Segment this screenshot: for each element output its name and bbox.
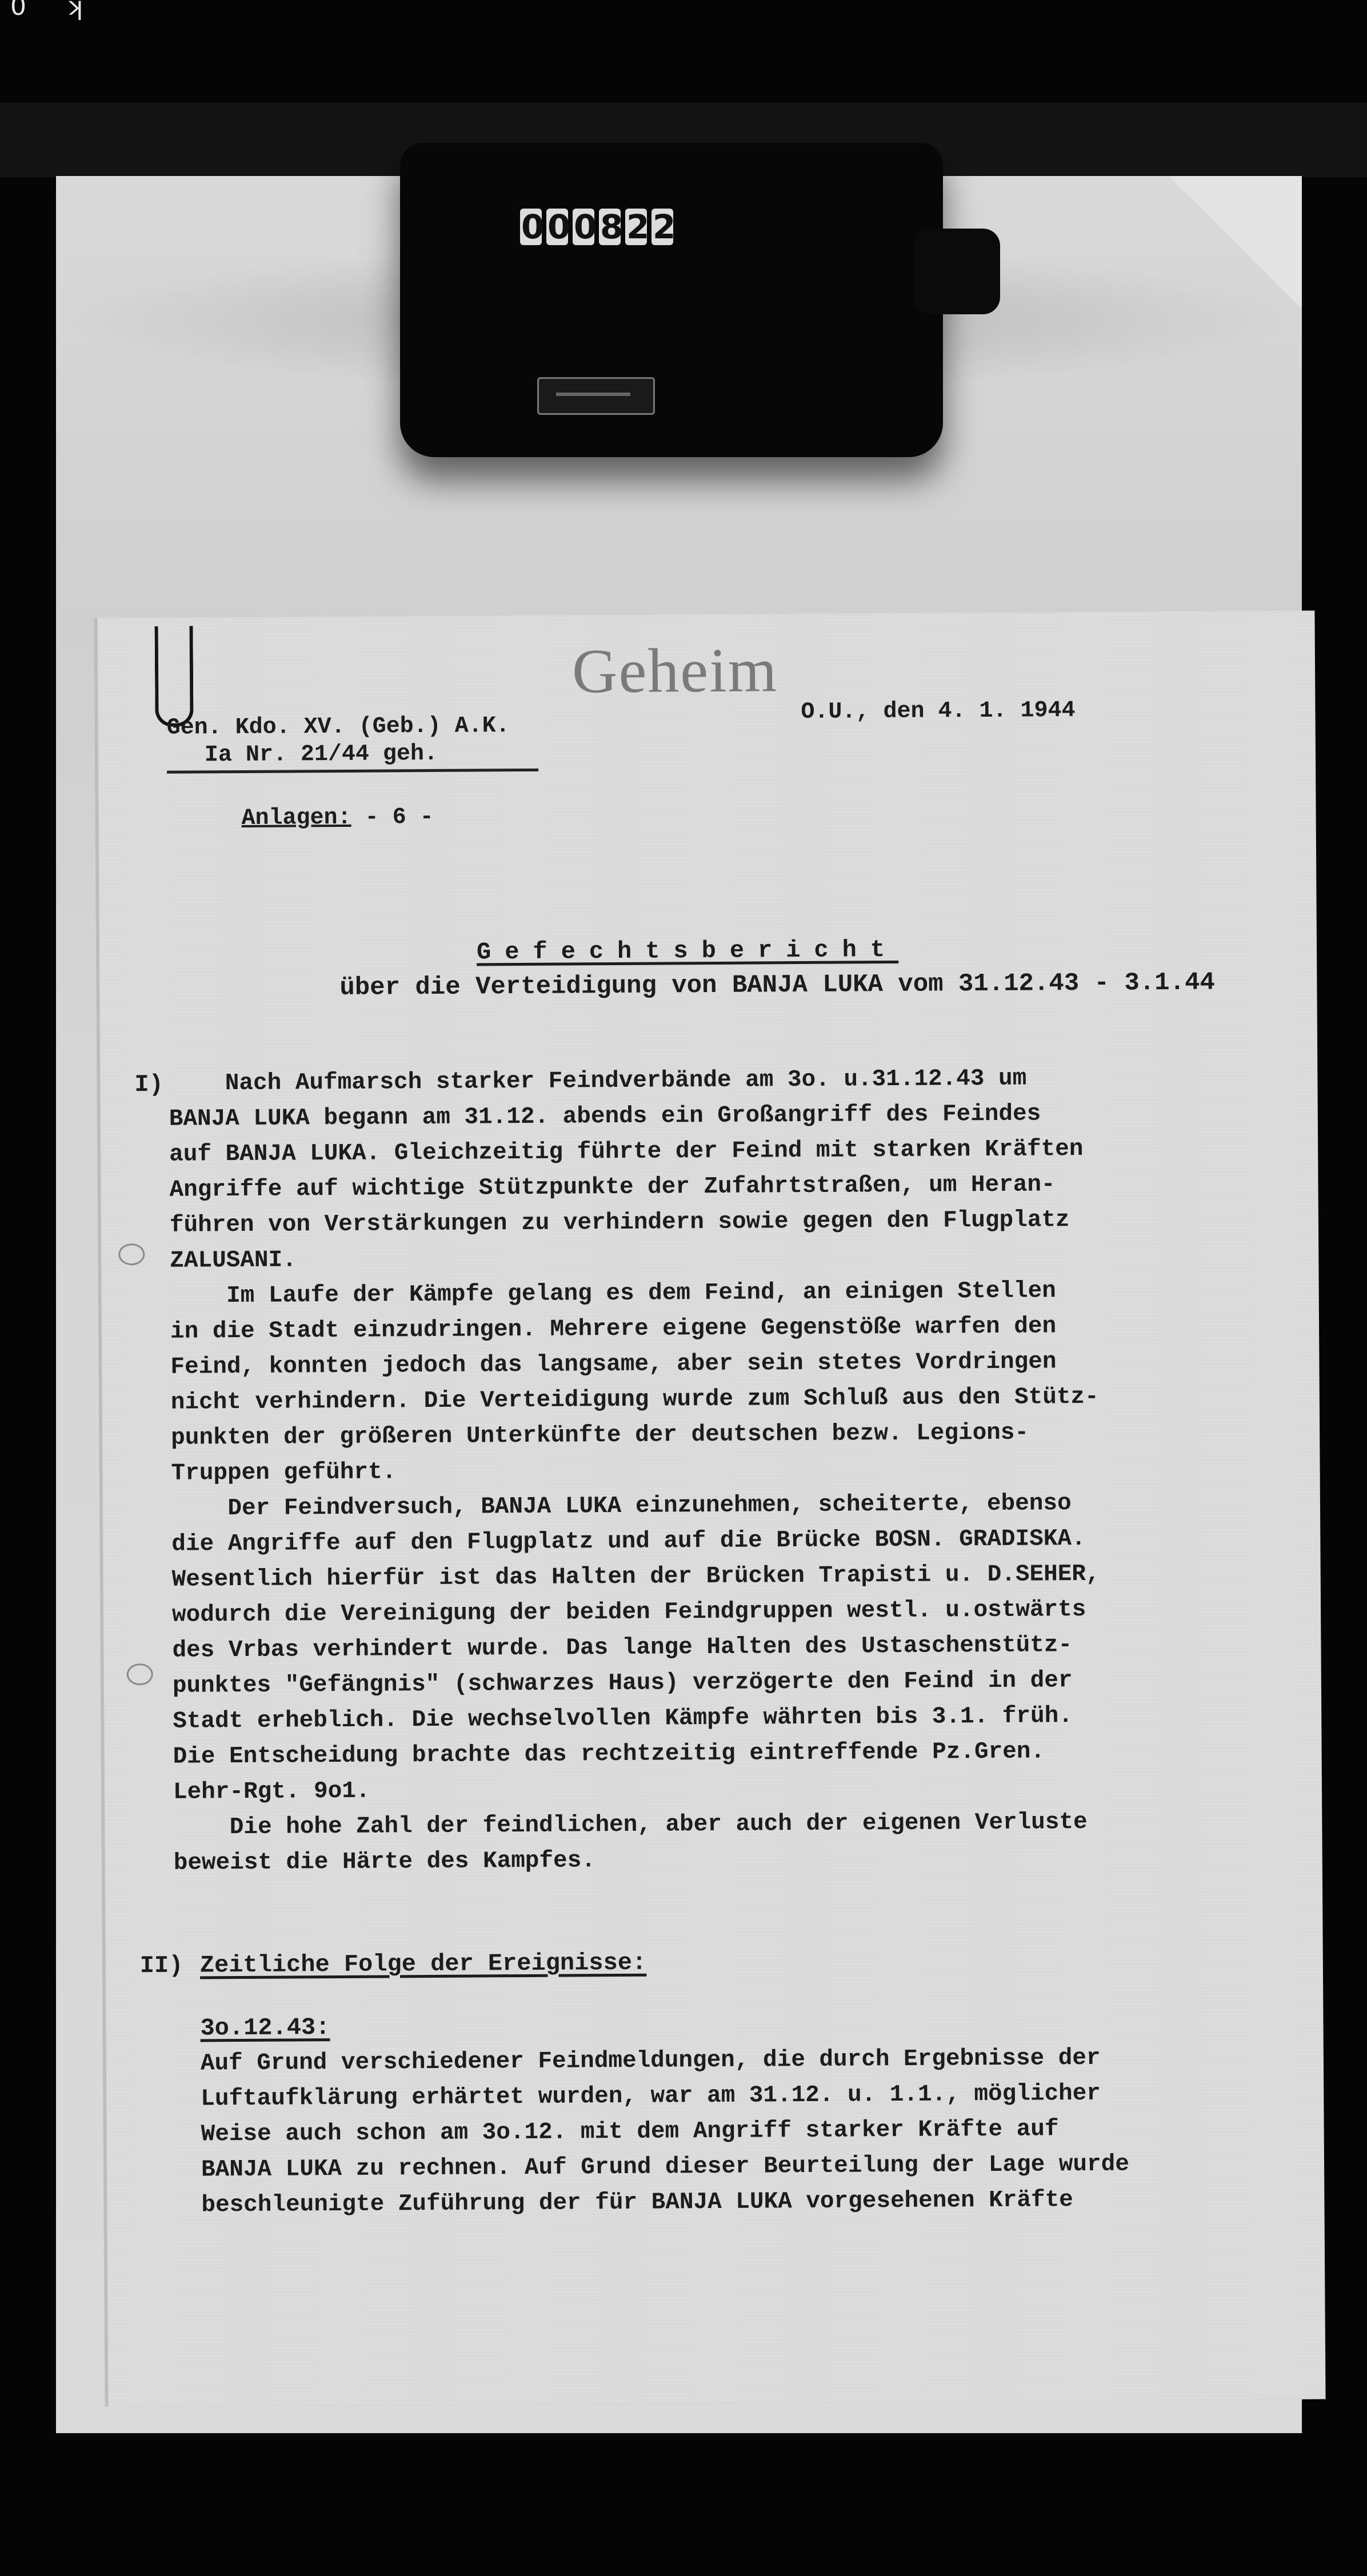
text-line: Nach Aufmarsch starker Feindverbände am … <box>169 1061 1097 1102</box>
counter-digit: 0 <box>573 209 594 245</box>
punch-hole-icon <box>127 1663 153 1685</box>
counter-nameplate <box>537 377 655 415</box>
text-line: punktes "Gefängnis" (schwarzes Haus) ver… <box>173 1663 1101 1704</box>
attachments-label: Anlagen: <box>241 805 351 831</box>
sender-block: Gen. Kdo. XV. (Geb.) A.K. Ia Nr. 21/44 g… <box>166 713 538 774</box>
frame-counter-device: 0 0 0 8 2 2 <box>400 143 943 457</box>
section-2-body: Auf Grund verschiedener Feindmeldungen, … <box>201 2041 1130 2223</box>
text-line: des Vrbas verhindert wurde. Das lange Ha… <box>172 1627 1100 1669</box>
text-line: Die Entscheidung brachte das rechtzeitig… <box>173 1734 1101 1775</box>
text-line: Lehr-Rgt. 9o1. <box>173 1769 1101 1810</box>
classification-stamp: Geheim <box>572 634 778 707</box>
text-line: Im Laufe der Kämpfe gelang es dem Feind,… <box>170 1273 1098 1314</box>
counter-digit: 2 <box>651 209 673 245</box>
text-line: Die hohe Zahl der feindlichen, aber auch… <box>173 1805 1101 1846</box>
folded-corner <box>1170 176 1302 307</box>
punch-hole-icon <box>118 1243 145 1265</box>
date-line: O.U., den 4. 1. 1944 <box>801 698 1075 725</box>
section-2-date-heading: 3o.12.43: <box>200 2014 330 2042</box>
text-line: Angriffe auf wichtige Stützpunkte der Zu… <box>169 1167 1097 1208</box>
document-page: Geheim Gen. Kdo. XV. (Geb.) A.K. Ia Nr. … <box>97 611 1325 2407</box>
counter-digit: 2 <box>625 209 647 245</box>
counter-digit: 8 <box>599 209 621 245</box>
section-2-heading: Zeitliche Folge der Ereignisse: <box>200 1949 647 1979</box>
section-number: I) <box>134 1071 163 1098</box>
attachments-line: Anlagen: - 6 - <box>241 805 433 831</box>
text-line: Luftaufklärung erhärtet wurden, war am 3… <box>201 2076 1129 2117</box>
text-line: BANJA LUKA zu rechnen. Auf Grund dieser … <box>201 2147 1129 2188</box>
report-subtitle: über die Verteidigung von BANJA LUKA vom… <box>339 969 1215 1002</box>
sender-reference: Ia Nr. 21/44 geh. <box>167 740 538 770</box>
counter-digit: 0 <box>546 209 568 245</box>
counter-knob <box>914 229 1000 314</box>
text-line: Truppen geführt. <box>171 1450 1099 1491</box>
text-line: punkten der größeren Unterkünfte der deu… <box>171 1415 1099 1456</box>
text-line: auf BANJA LUKA. Gleichzeitig führte der … <box>169 1131 1097 1173</box>
text-line: führen von Verstärkungen zu verhindern s… <box>170 1202 1098 1243</box>
text-line: Auf Grund verschiedener Feindmeldungen, … <box>201 2041 1129 2082</box>
text-line: BANJA LUKA begann am 31.12. abends ein G… <box>169 1096 1097 1137</box>
text-line: die Angriffe auf den Flugplatz und auf d… <box>171 1521 1100 1562</box>
text-line: ZALUSANI. <box>170 1238 1098 1279</box>
text-line: nicht verhindern. Die Verteidigung wurde… <box>171 1379 1099 1421</box>
sender-unit: Gen. Kdo. XV. (Geb.) A.K. <box>166 713 538 742</box>
section-1-body: Nach Aufmarsch starker Feindverbände am … <box>169 1061 1102 1881</box>
text-line: in die Stadt einzudringen. Mehrere eigen… <box>170 1309 1098 1350</box>
text-line: beweist die Härte des Kampfes. <box>174 1840 1102 1881</box>
text-line: Stadt erheblich. Die wechselvollen Kämpf… <box>173 1698 1101 1739</box>
paper-clip-icon <box>155 626 194 727</box>
section-number: II) <box>140 1952 183 1979</box>
report-title: Gefechtsbericht <box>477 936 898 966</box>
text-line: Der Feindversuch, BANJA LUKA einzunehmen… <box>171 1486 1100 1527</box>
text-line: Wesentlich hierfür ist das Halten der Br… <box>172 1557 1100 1598</box>
text-line: Feind, konnten jedoch das langsame, aber… <box>170 1344 1098 1385</box>
film-frame-marks: 0 ʞ <box>10 0 99 21</box>
counter-digits: 0 0 0 8 2 2 <box>520 209 673 245</box>
text-line: Weise auch schon am 3o.12. mit dem Angri… <box>201 2111 1129 2153</box>
counter-digit: 0 <box>520 209 542 245</box>
text-line: wodurch die Vereinigung der beiden Feind… <box>172 1592 1100 1633</box>
attachments-count: - 6 - <box>351 805 433 831</box>
text-line: beschleunigte Zuführung der für BANJA LU… <box>201 2182 1129 2223</box>
